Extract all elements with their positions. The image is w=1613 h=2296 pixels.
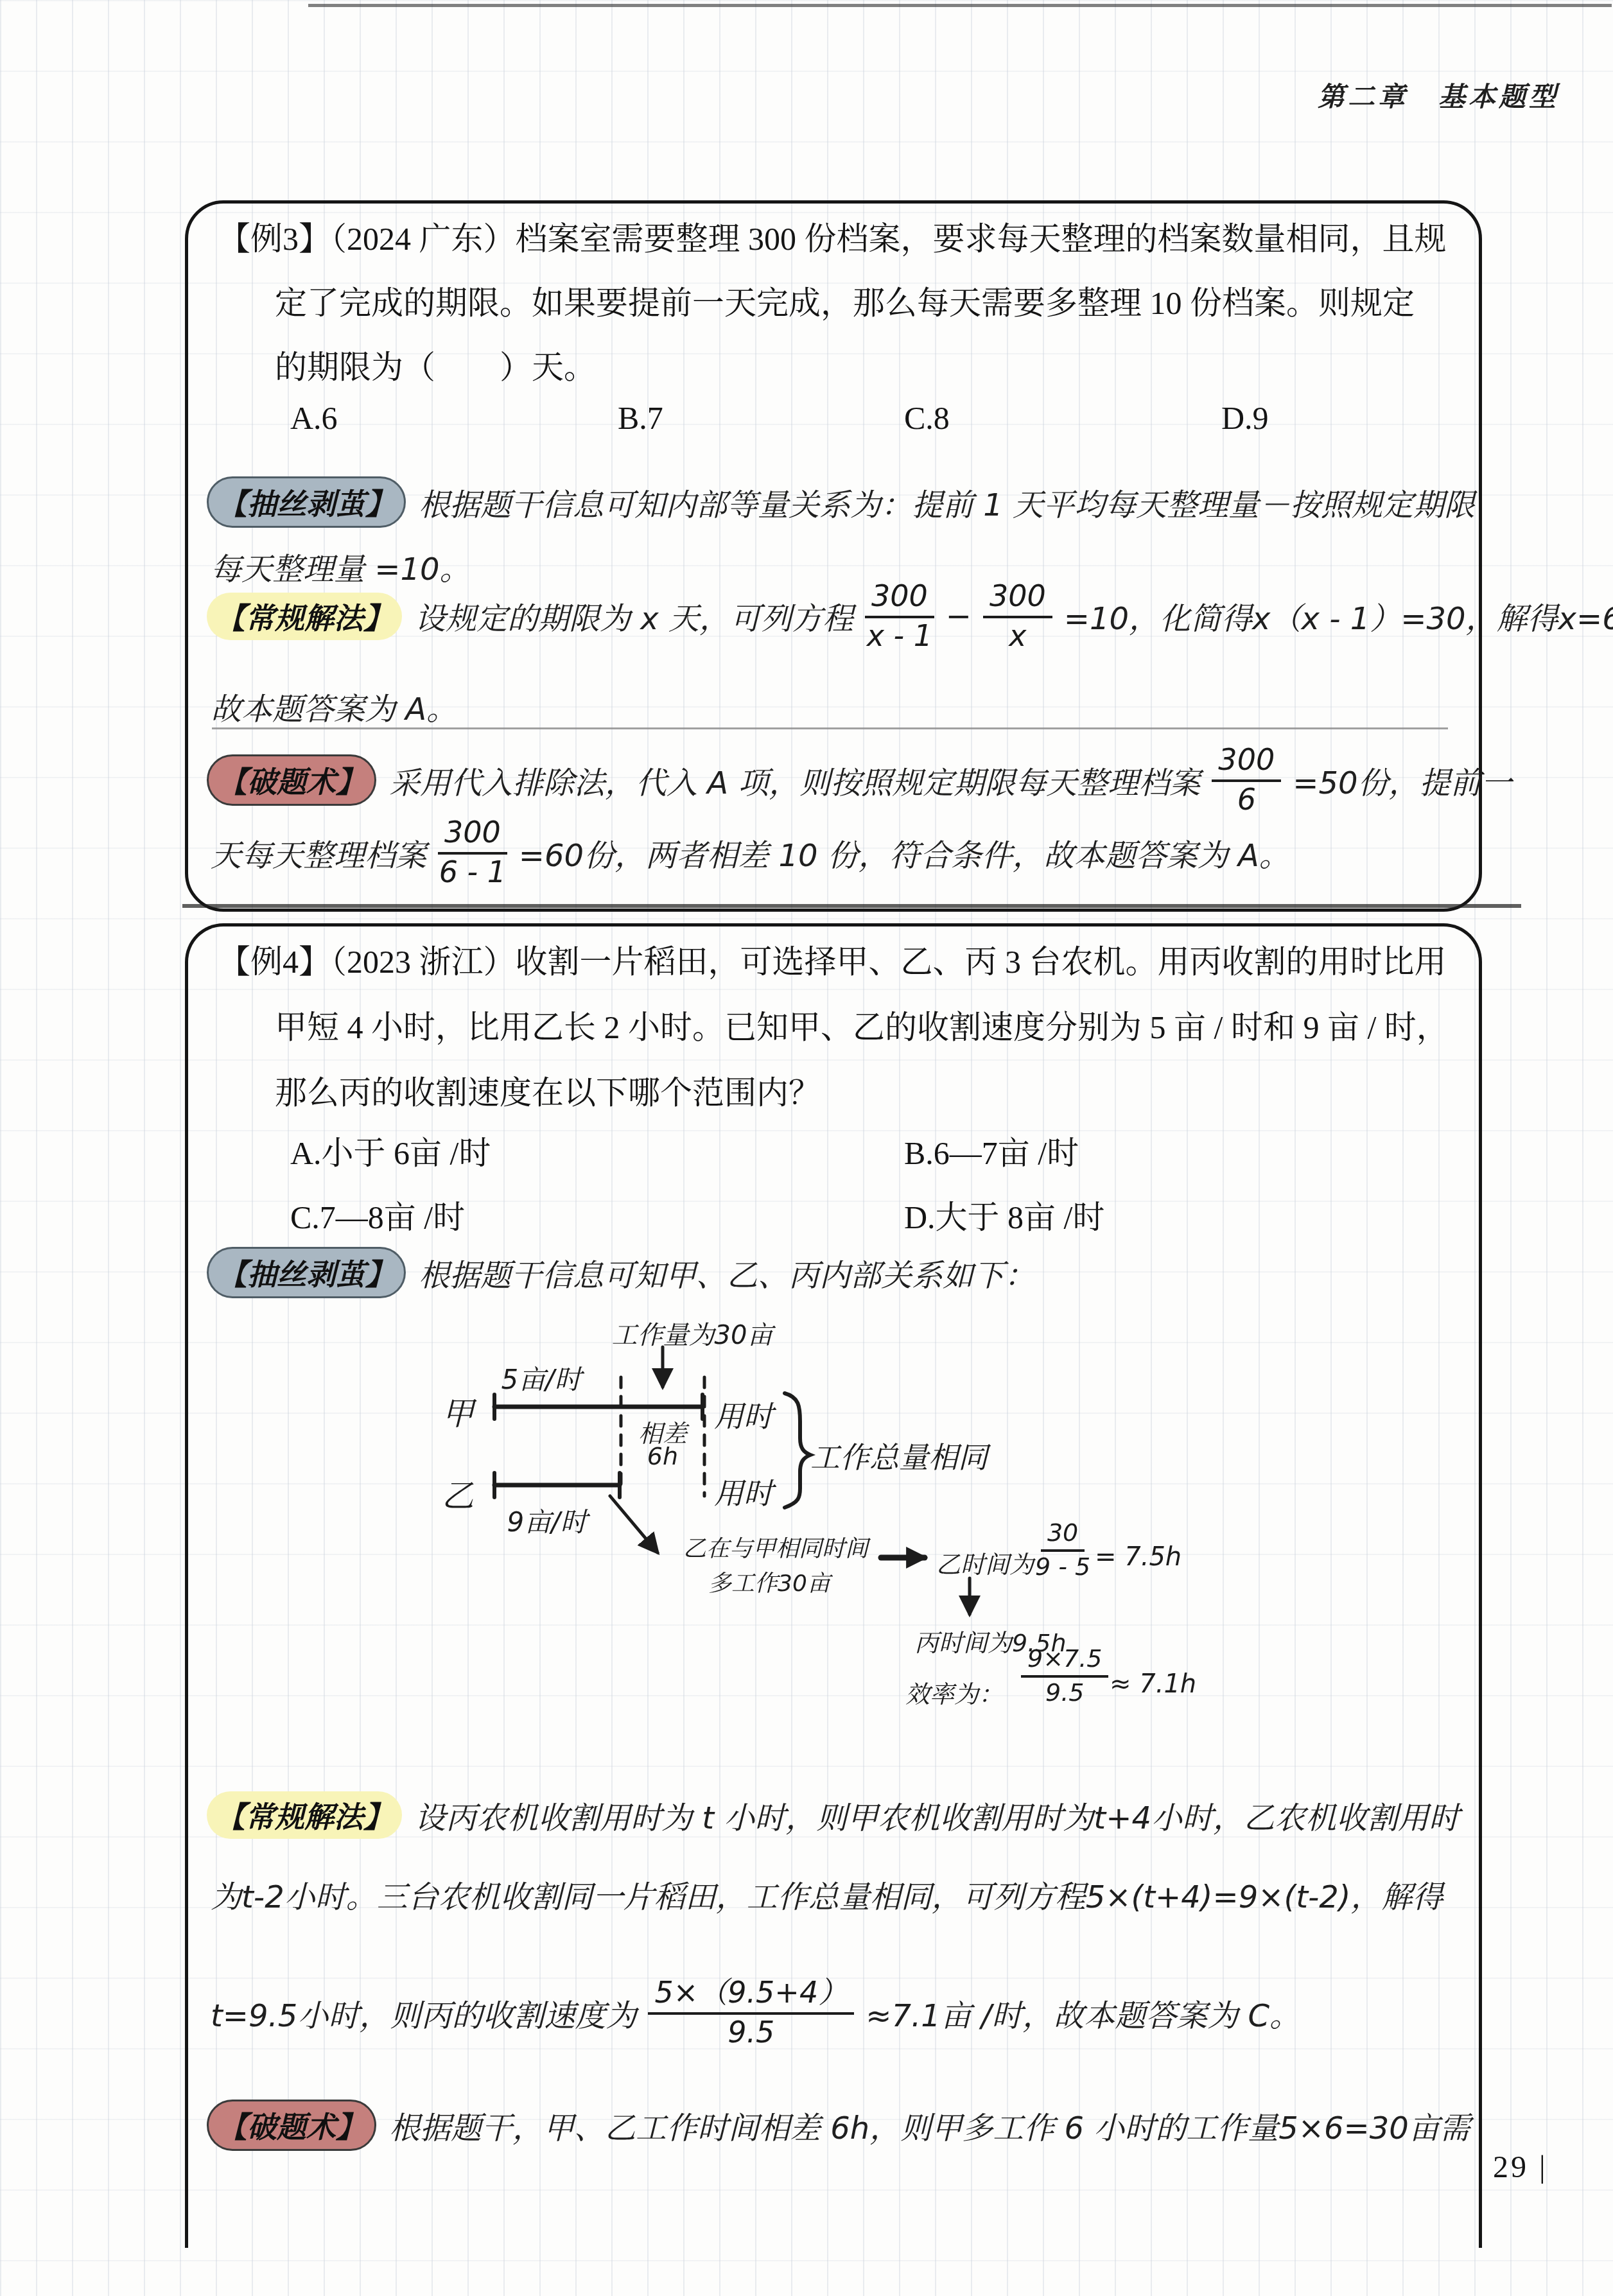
diagram-fraction-9x75-over-95: 9×7.5 9.5: [1021, 1645, 1108, 1706]
scanned-textbook-page: 第二章 基本题型 【例3】（2024 广东）档案室需要整理 300 份档案，要求…: [0, 0, 1613, 2296]
minus-sign: −: [946, 598, 972, 634]
example4-analysis-line: 【抽丝剥茧】 根据题干信息可知甲、乙、丙内部关系如下：: [207, 1244, 1035, 1301]
example3-trick-line2-after: =60份，两者相差 10 份，符合条件，故本题答案为 A。: [519, 831, 1290, 875]
example3-option-a: A.6: [290, 399, 338, 437]
example3-trick-line2: 天每天整理档案 300 6 - 1 =60份，两者相差 10 份，符合条件，故本…: [211, 808, 1290, 898]
example4-standard-line2: 为t-2小时。三台农机收割同一片稻田，工作总量相同，可列方程5×(t+4)=9×…: [211, 1872, 1443, 1917]
diagram-brace-label: 工作总量相同: [810, 1434, 988, 1477]
example3-trick-after: =50份，提前一: [1293, 758, 1512, 803]
analysis-badge: 【抽丝剥茧】: [207, 1247, 406, 1298]
example3-trick-before: 采用代入排除法，代入 A 项，则按照规定期限每天整理档案: [389, 758, 1200, 803]
diagram-fraction-30-over-9-minus-5: 30 9 - 5: [1035, 1519, 1090, 1580]
diagram-time-label-yi: 用时: [714, 1470, 773, 1513]
diagram-jia-rate-label: 5亩/时: [501, 1359, 582, 1397]
fraction-300-over-x-minus-1: 300 x - 1: [865, 580, 934, 652]
diagram-yi-label: 乙: [442, 1470, 474, 1517]
example3-analysis-line1: 【抽丝剥茧】 根据题干信息可知内部等量关系为：提前 1 天平均每天整理量－按照规…: [207, 474, 1475, 530]
example3-standard-line2: 故本题答案为 A。: [211, 684, 457, 729]
example3-trick-line2-before: 天每天整理档案: [211, 831, 426, 875]
example3-stem-line3: 的期限为（ ）天。: [275, 342, 596, 388]
example4-stem-line3: 那么丙的收割速度在以下哪个范围内？: [275, 1067, 821, 1113]
diagram-rate-prefix: 效率为：: [905, 1674, 1003, 1710]
example4-option-d: D.大于 8亩 /时: [904, 1192, 1105, 1238]
diagram-rate-result: ≈ 7.1h: [1110, 1669, 1196, 1699]
example3-option-d: D.9: [1221, 399, 1269, 437]
scan-streak-box2: [182, 904, 1521, 908]
fraction-300-over-6: 300 6: [1212, 744, 1281, 816]
example4-standard-line3-after: ≈7.1亩 /时，故本题答案为 C。: [866, 1991, 1300, 2035]
standard-badge: 【常规解法】: [207, 1791, 402, 1839]
example4-standard-line3-before: t=9.5小时，则丙的收割速度为: [211, 1991, 636, 2035]
fraction-300-over-6-minus-1: 300 6 - 1: [438, 816, 507, 889]
fraction-300-over-x: 300 x: [983, 580, 1052, 652]
example4-analysis-text: 根据题干信息可知甲、乙、丙内部关系如下：: [419, 1251, 1035, 1295]
trick-badge: 【破题术】: [207, 754, 376, 806]
brace: [785, 1393, 810, 1508]
trick-badge: 【破题术】: [207, 2100, 376, 2151]
diagram-jia-label: 甲: [442, 1388, 474, 1434]
example4-option-b: B.6—7亩 /时: [904, 1127, 1079, 1174]
example4-option-a: A.小于 6亩 /时: [290, 1127, 491, 1174]
standard-badge: 【常规解法】: [207, 593, 402, 640]
example4-stem-line1: 【例4】（2023 浙江）收割一片稻田，可选择甲、乙、丙 3 台农机。用丙收割的…: [218, 936, 1447, 982]
example3-stem-line2: 定了完成的期限。如果要提前一天完成，那么每天需要多整理 10 份档案。则规定: [275, 277, 1415, 324]
note-arrow: [610, 1496, 658, 1552]
example3-analysis-text1: 根据题干信息可知内部等量关系为：提前 1 天平均每天整理量－按照规定期限: [419, 480, 1475, 525]
example4-standard-text1: 设丙农机收割用时为 t 小时，则甲农机收割用时为t+4小时，乙农机收割用时: [415, 1793, 1460, 1838]
example3-stem-line1: 【例3】（2024 广东）档案室需要整理 300 份档案，要求每天整理的档案数量…: [218, 213, 1447, 259]
diagram-yi-time-result: = 7.5h: [1095, 1542, 1181, 1572]
example3-standard-after: =10，化简得x（x - 1）=30，解得x=6，: [1064, 594, 1613, 638]
example4-stem-line2: 甲短 4 小时，比用乙长 2 小时。已知甲、乙的收割速度分别为 5 亩 / 时和…: [275, 1002, 1449, 1048]
diagram-workload-label: 工作量为30亩: [612, 1315, 773, 1352]
example4-trick-line: 【破题术】 根据题干，甲、乙工作时间相差 6h，则甲多工作 6 小时的工作量5×…: [207, 2080, 1470, 2170]
example3-option-b: B.7: [618, 399, 663, 437]
diagram-diff-hours-label: 6h: [647, 1442, 678, 1470]
scan-streak-top: [308, 4, 1612, 7]
diagram-yi-rate-label: 9亩/时: [507, 1501, 588, 1540]
section-divider: [212, 727, 1448, 729]
diagram-note-line1: 乙在与甲相同时间: [683, 1531, 868, 1563]
diagram-note-line2: 多工作30亩: [708, 1565, 830, 1598]
example4-standard-line3: t=9.5小时，则丙的收割速度为 5×（9.5+4） 9.5 ≈7.1亩 /时，…: [211, 1945, 1300, 2080]
example4-trick-text: 根据题干，甲、乙工作时间相差 6h，则甲多工作 6 小时的工作量5×6=30亩需: [389, 2103, 1470, 2148]
fraction-5x-95-plus-4-over-95: 5×（9.5+4） 9.5: [648, 1976, 854, 2049]
chapter-header: 第二章 基本题型: [1318, 76, 1559, 114]
diagram-time-label-jia: 用时: [714, 1393, 773, 1436]
page-number: 29 |: [1493, 2150, 1548, 2185]
example4-option-c: C.7—8亩 /时: [290, 1192, 465, 1238]
analysis-badge: 【抽丝剥茧】: [207, 476, 406, 528]
example4-standard-line1: 【常规解法】 设丙农机收割用时为 t 小时，则甲农机收割用时为t+4小时，乙农机…: [207, 1786, 1460, 1844]
example3-standard-line1: 【常规解法】 设规定的期限为 x 天，可列方程 300 x - 1 − 300 …: [207, 560, 1613, 672]
example3-option-c: C.8: [904, 399, 950, 437]
diagram-yi-time-prefix: 乙时间为: [936, 1545, 1034, 1580]
example3-standard-before: 设规定的期限为 x 天，可列方程: [415, 594, 853, 638]
